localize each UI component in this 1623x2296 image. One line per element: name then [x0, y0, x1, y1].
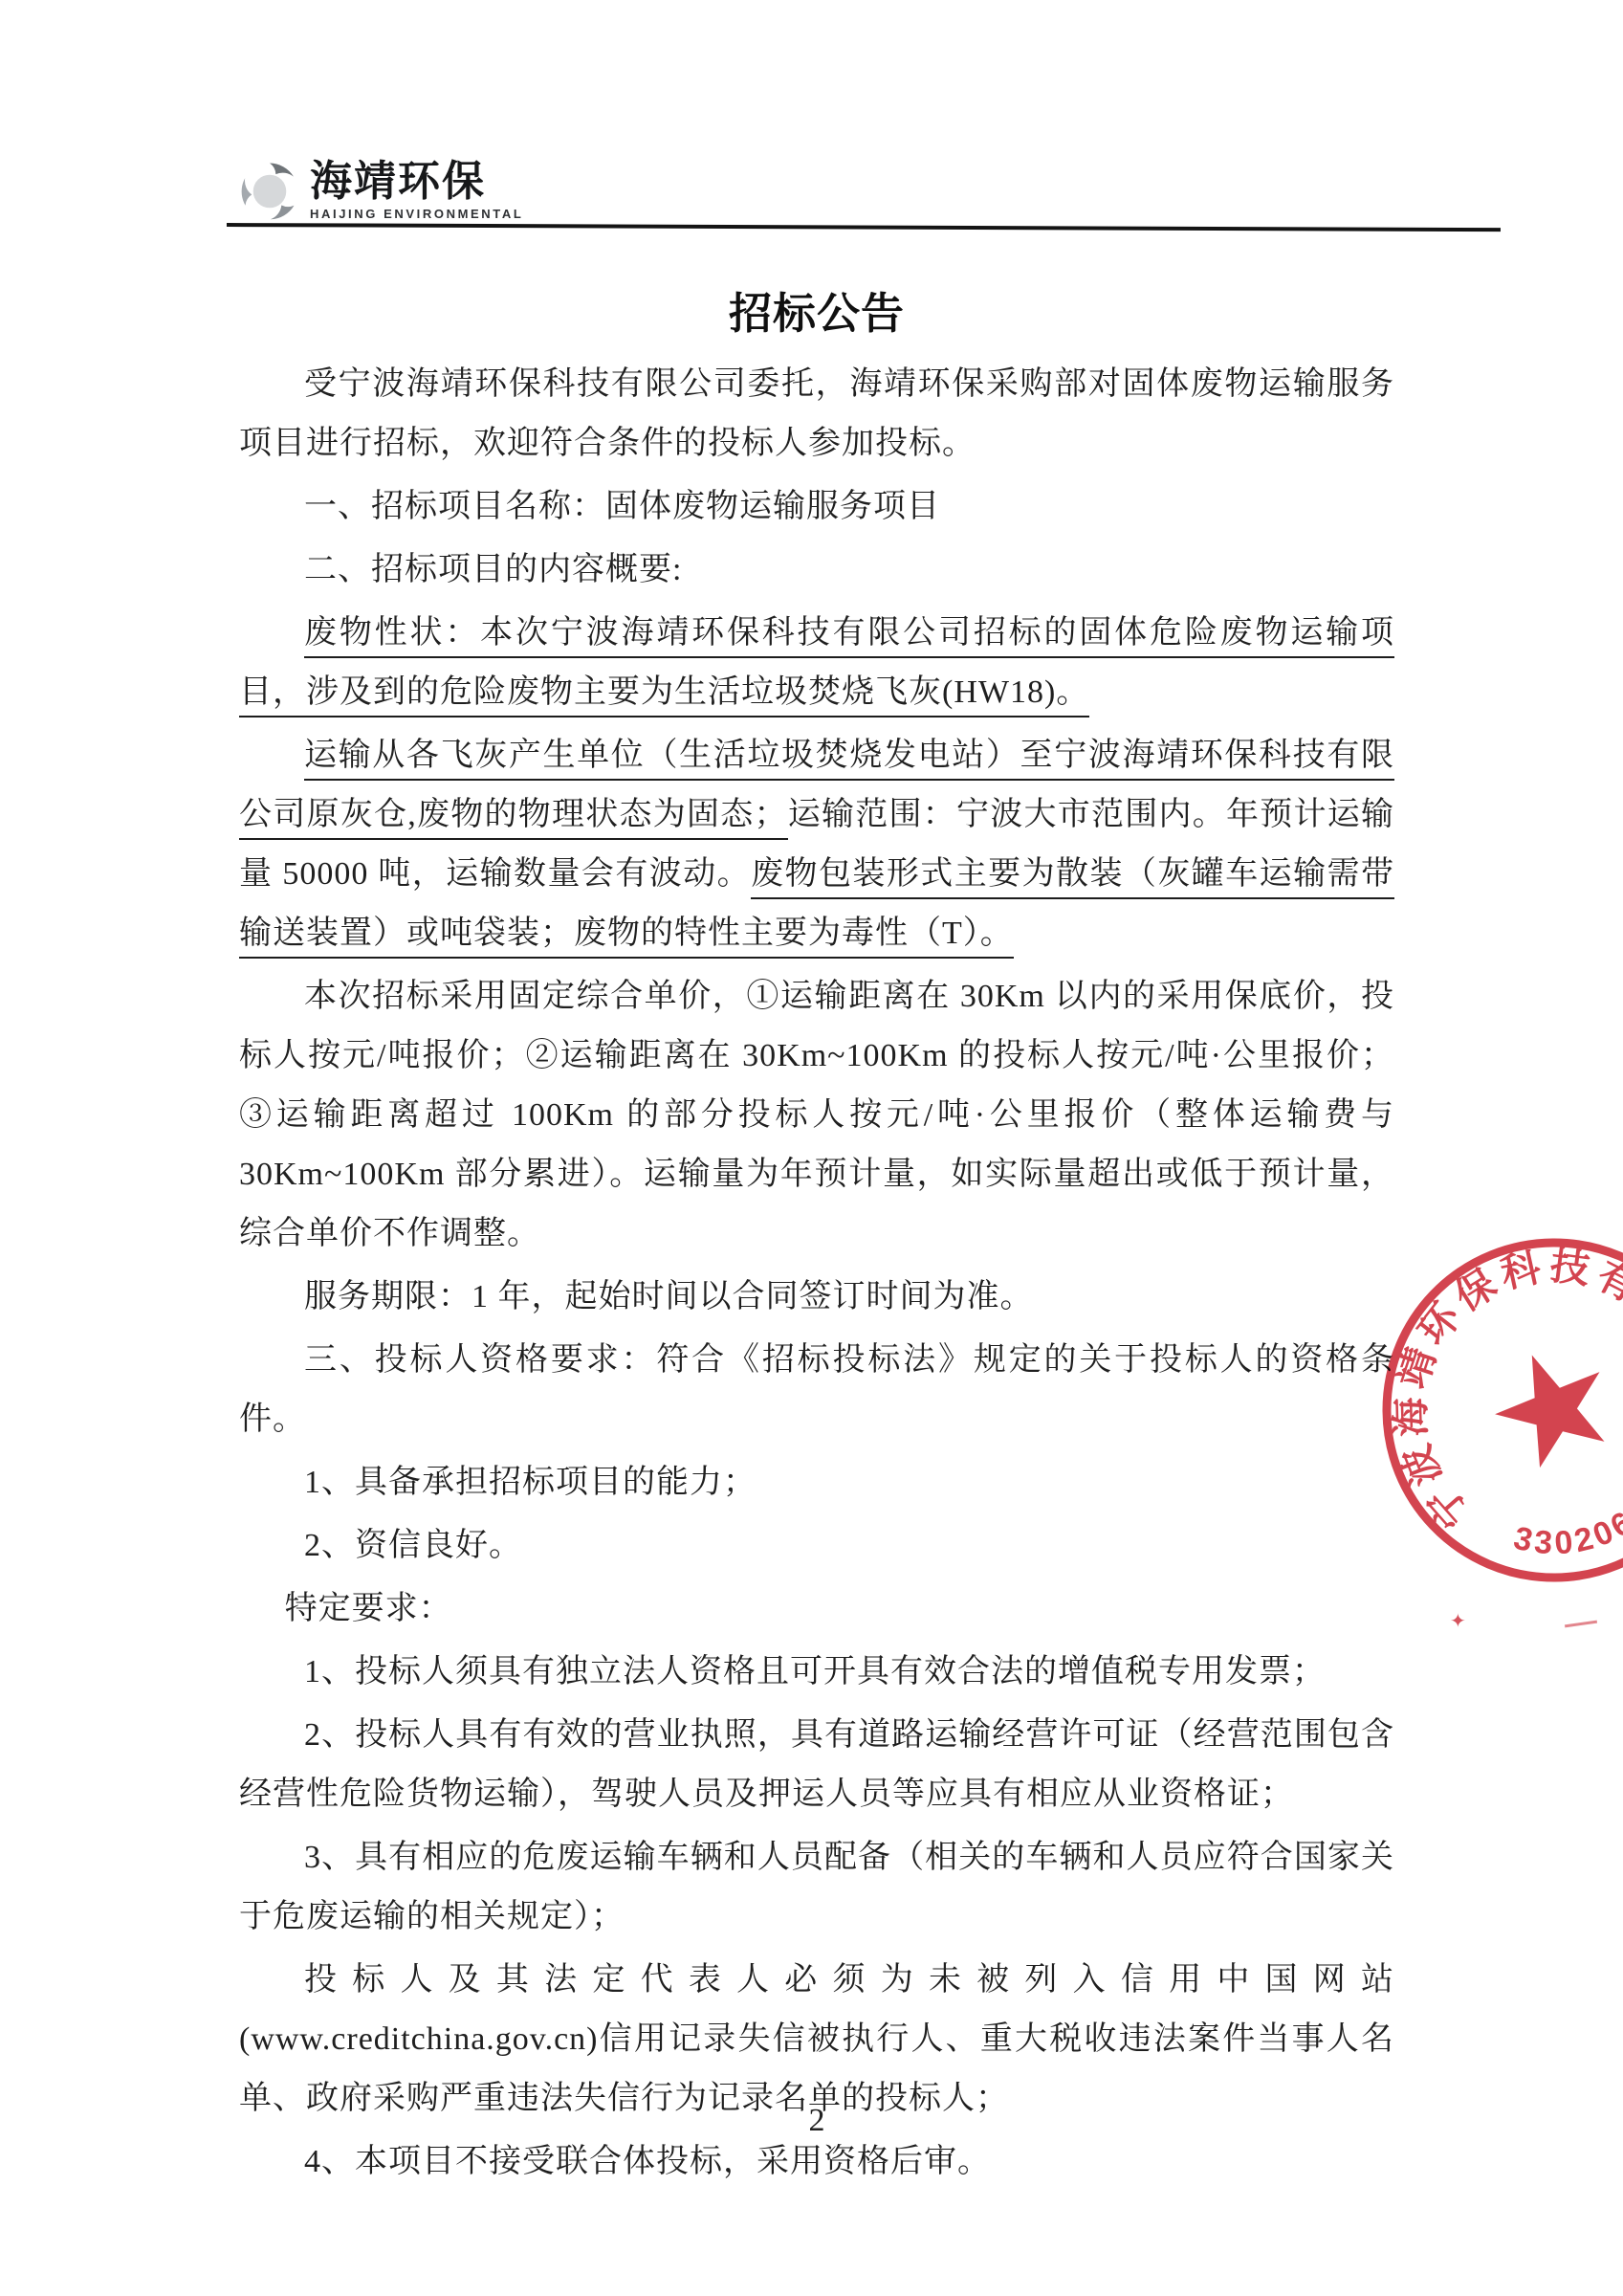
- text-segment: 1、投标人须具有独立法人资格且可开具有效合法的增值税专用发票；: [304, 1654, 1326, 1689]
- logo-company-name-cn: 海靖环保: [310, 161, 523, 203]
- scanned-document-page: 海靖环保 HAIJING ENVIRONMENTAL 招标公告 受宁波海靖环保科…: [0, 0, 1623, 2296]
- paragraph: 2、投标人具有有效的营业执照，具有道路运输经营许可证（经营范围包含经营性危险货物…: [239, 1706, 1394, 1824]
- paragraph: 3、具有相应的危废运输车辆和人员配备（相关的车辆和人员应符合国家关于危废运输的相…: [239, 1828, 1394, 1947]
- text-segment: 2、资信良好。: [304, 1528, 522, 1563]
- header-divider: [227, 223, 1501, 232]
- paragraph: 本次招标采用固定综合单价，①运输距离在 30Km 以内的采用保底价，投标人按元/…: [239, 967, 1394, 1264]
- text-segment: 投标人及其法定代表人必须为未被列入信用中国网站(www.creditchina.…: [239, 1962, 1394, 2116]
- paragraph: 运输从各飞灰产生单位（生活垃圾焚烧发电站）至宁波海靖环保科技有限公司原灰仓,废物…: [239, 726, 1394, 963]
- text-segment: 二、招标项目的内容概要:: [304, 552, 682, 587]
- paragraph: 一、招标项目名称：固体废物运输服务项目: [239, 477, 1394, 537]
- document-title: 招标公告: [239, 278, 1394, 341]
- text-segment: 本次招标采用固定综合单价，①运输距离在 30Km 以内的采用保底价，投标人按元/…: [239, 979, 1394, 1251]
- paragraph: 受宁波海靖环保科技有限公司委托，海靖环保采购部对固体废物运输服务项目进行招标，欢…: [239, 355, 1394, 474]
- logo-company-name-en: HAIJING ENVIRONMENTAL: [310, 208, 523, 220]
- paragraph: 4、本项目不接受联合体投标，采用资格后审。: [239, 2132, 1394, 2192]
- paragraph: 三、投标人资格要求：符合《招标投标法》规定的关于投标人的资格条件。: [239, 1331, 1394, 1449]
- text-segment: 三、投标人资格要求：符合《招标投标法》规定的关于投标人的资格条件。: [239, 1342, 1394, 1437]
- paragraph: 2、资信良好。: [239, 1516, 1394, 1576]
- logo-text-block: 海靖环保 HAIJING ENVIRONMENTAL: [310, 161, 523, 220]
- seal-star-icon: [1480, 1334, 1623, 1475]
- document-body: 受宁波海靖环保科技有限公司委托，海靖环保采购部对固体废物运输服务项目进行招标，欢…: [239, 355, 1394, 2196]
- swirl-logo-icon: [239, 161, 300, 222]
- page-number: 2: [239, 2103, 1394, 2139]
- paragraph: 废物性状：本次宁波海靖环保科技有限公司招标的固体危险废物运输项目，涉及到的危险废…: [239, 604, 1394, 722]
- paragraph: 1、投标人须具有独立法人资格且可开具有效合法的增值税专用发票；: [239, 1643, 1394, 1702]
- paragraph: 服务期限：1 年，起始时间以合同签订时间为准。: [239, 1268, 1394, 1327]
- text-segment: 一、招标项目名称：固体废物运输服务项目: [304, 489, 940, 524]
- text-segment: 2、投标人具有有效的营业执照，具有道路运输经营许可证（经营范围包含经营性危险货物…: [239, 1717, 1394, 1812]
- seal-ink-speck: ✦: [1450, 1609, 1466, 1633]
- text-segment: 1、具备承担招标项目的能力；: [304, 1465, 757, 1500]
- text-segment: 4、本项目不接受联合体投标，采用资格后审。: [304, 2144, 991, 2179]
- paragraph: 特定要求：: [239, 1579, 1394, 1639]
- paragraph: 1、具备承担招标项目的能力；: [239, 1453, 1394, 1512]
- company-logo: 海靖环保 HAIJING ENVIRONMENTAL: [239, 161, 523, 222]
- text-segment: 服务期限：1 年，起始时间以合同签订时间为准。: [304, 1279, 1034, 1314]
- text-segment: 3、具有相应的危废运输车辆和人员配备（相关的车辆和人员应符合国家关于危废运输的相…: [239, 1840, 1394, 1934]
- text-segment: 特定要求：: [285, 1591, 452, 1626]
- paragraph: 二、招标项目的内容概要:: [239, 541, 1394, 600]
- underlined-text-segment: 废物性状：本次宁波海靖环保科技有限公司招标的固体危险废物运输项目，涉及到的危险废…: [239, 615, 1394, 717]
- text-segment: 受宁波海靖环保科技有限公司委托，海靖环保采购部对固体废物运输服务项目进行招标，欢…: [239, 366, 1394, 461]
